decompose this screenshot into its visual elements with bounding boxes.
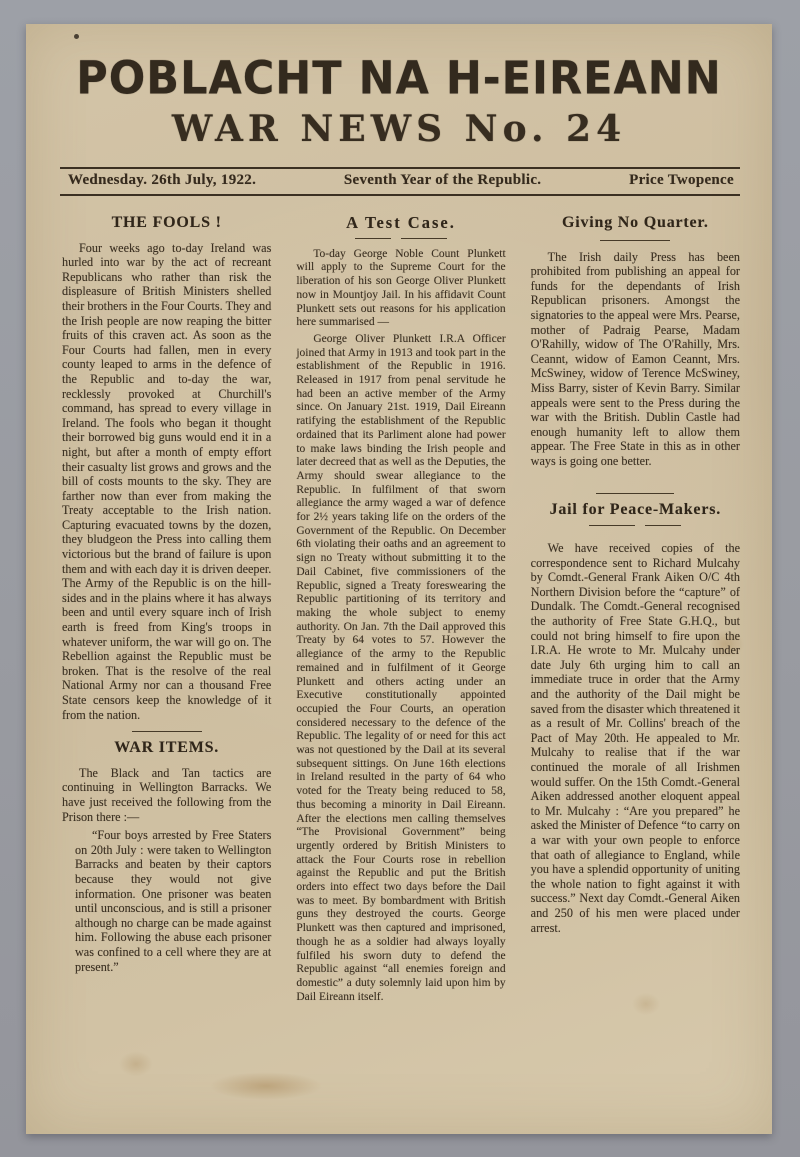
article-title-a-test-case: A Test Case. — [296, 216, 505, 230]
section-divider — [600, 240, 670, 241]
newspaper-page: POBLACHT NA H-EIREANN WAR NEWS No. 24 We… — [26, 24, 772, 1134]
newspaper-title: POBLACHT NA H-EIREANN — [26, 57, 772, 102]
column-left: THE FOOLS ! Four weeks ago to-day Irelan… — [62, 208, 271, 1007]
article-intro-war-items: The Black and Tan tactics are continuing… — [62, 766, 271, 824]
dateline-bar: Wednesday. 26th July, 1922. Seventh Year… — [60, 167, 740, 196]
article-title-giving-no-quarter: Giving No Quarter. — [531, 216, 740, 231]
section-divider — [596, 493, 674, 494]
scan-background: POBLACHT NA H-EIREANN WAR NEWS No. 24 We… — [0, 0, 800, 1157]
article-body-the-fools: Four weeks ago to-day Ireland was hurled… — [62, 241, 271, 723]
column-right: Giving No Quarter. The Irish daily Press… — [531, 208, 740, 1007]
dateline-edition: Seventh Year of the Republic. — [344, 172, 541, 189]
column-middle: A Test Case. To-day George Noble Count P… — [296, 208, 505, 1007]
article-para2-a-test-case: George Oliver Plunkett I.R.A Officer joi… — [296, 333, 505, 1004]
spacer — [531, 472, 740, 484]
article-title-jail-for-peace-makers: Jail for Peace-Makers. — [531, 503, 740, 518]
article-para1-a-test-case: To-day George Noble Count Plunkett will … — [296, 248, 505, 330]
article-title-war-items: WAR ITEMS. — [62, 741, 271, 756]
section-divider-double — [531, 525, 740, 526]
section-divider-double — [296, 238, 505, 239]
newspaper-subtitle: WAR NEWS No. 24 — [26, 111, 772, 147]
article-quote-war-items: “Four boys arrested by Free Staters on 2… — [62, 828, 271, 974]
masthead: POBLACHT NA H-EIREANN WAR NEWS No. 24 — [26, 24, 772, 147]
article-body-jail-for-peace-makers: We have received copies of the correspon… — [531, 541, 740, 935]
article-title-the-fools: THE FOOLS ! — [62, 216, 271, 231]
dateline-price: Price Twopence — [629, 172, 734, 189]
article-columns: THE FOOLS ! Four weeks ago to-day Irelan… — [62, 208, 740, 1007]
section-divider — [132, 731, 202, 732]
pinhole-mark — [74, 34, 79, 39]
dateline-date: Wednesday. 26th July, 1922. — [68, 172, 256, 189]
article-body-giving-no-quarter: The Irish daily Press has been prohibite… — [531, 250, 740, 469]
